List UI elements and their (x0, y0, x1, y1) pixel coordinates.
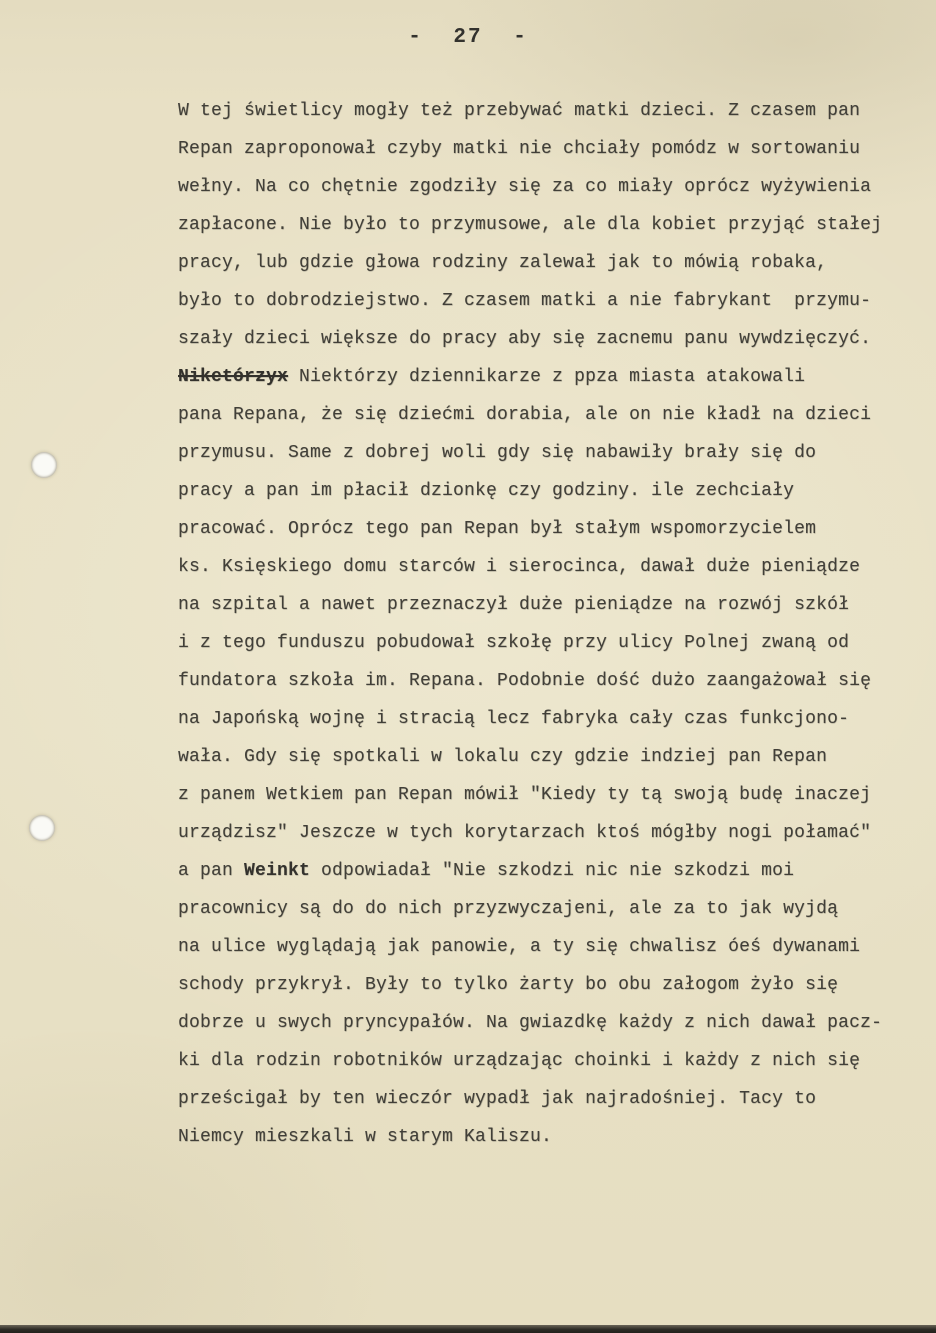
page-number: - 27 - (0, 26, 936, 49)
text-line: dobrze u swych pryncypałów. Na gwiazdkę … (178, 1004, 908, 1042)
text-line: Niemcy mieszkali w starym Kaliszu. (178, 1118, 908, 1156)
text-line: pracować. Oprócz tego pan Repan był stał… (178, 510, 908, 548)
text-line: Repan zaproponował czyby matki nie chcia… (178, 130, 908, 168)
text-line: na szpital a nawet przeznaczył duże pien… (178, 586, 908, 624)
hole-punch-top (31, 452, 57, 478)
text-line: przymusu. Same z dobrej woli gdy się nab… (178, 434, 908, 472)
text-line: pana Repana, że się dziećmi dorabia, ale… (178, 396, 908, 434)
text-line: wełny. Na co chętnie zgodziły się za co … (178, 168, 908, 206)
typewritten-paragraph: W tej świetlicy mogły też przebywać matk… (178, 92, 908, 1156)
text-line: szały dzieci większe do pracy aby się za… (178, 320, 908, 358)
text-line: wała. Gdy się spotkali w lokalu czy gdzi… (178, 738, 908, 776)
text-line: z panem Wetkiem pan Repan mówił "Kiedy t… (178, 776, 908, 814)
text-line: pracy a pan im płacił dzionkę czy godzin… (178, 472, 908, 510)
text-line: ks. Księskiego domu starców i sierocinca… (178, 548, 908, 586)
text-line: prześcigał by ten wieczór wypadł jak naj… (178, 1080, 908, 1118)
text-line: zapłacone. Nie było to przymusowe, ale d… (178, 206, 908, 244)
hole-punch-bottom (29, 815, 55, 841)
text-line: pracownicy są do do nich przyzwyczajeni,… (178, 890, 908, 928)
text-line: W tej świetlicy mogły też przebywać matk… (178, 92, 908, 130)
text-line: i z tego funduszu pobudował szkołę przy … (178, 624, 908, 662)
text-line: fundatora szkoła im. Repana. Podobnie do… (178, 662, 908, 700)
overtyped-word: Weinkt (244, 861, 310, 881)
scan-bottom-edge-shadow (0, 1325, 936, 1333)
text-line: na ulice wyglądają jak panowie, a ty się… (178, 928, 908, 966)
text-line-rest: odpowiadał "Nie szkodzi nic nie szkodzi … (310, 861, 794, 881)
text-line-with-overtyped-word: a pan Weinkt odpowiadał "Nie szkodzi nic… (178, 852, 908, 890)
text-line: pracy, lub gdzie głowa rodziny zalewał j… (178, 244, 908, 282)
text-line: było to dobrodziejstwo. Z czasem matki a… (178, 282, 908, 320)
text-line-rest: Niektórzy dziennikarze z ppza miasta ata… (288, 367, 805, 387)
text-line: schody przykrył. Były to tylko żarty bo … (178, 966, 908, 1004)
text-line-prefix: a pan (178, 861, 244, 881)
text-line: urządzisz" Jeszcze w tych korytarzach kt… (178, 814, 908, 852)
text-line: na Japońską wojnę i stracią lecz fabryka… (178, 700, 908, 738)
text-line: ki dla rodzin robotników urządzając choi… (178, 1042, 908, 1080)
struck-out-word: Niketórzyx (178, 367, 288, 387)
text-line-with-strikethrough: Niketórzyx Niektórzy dziennikarze z ppza… (178, 358, 908, 396)
